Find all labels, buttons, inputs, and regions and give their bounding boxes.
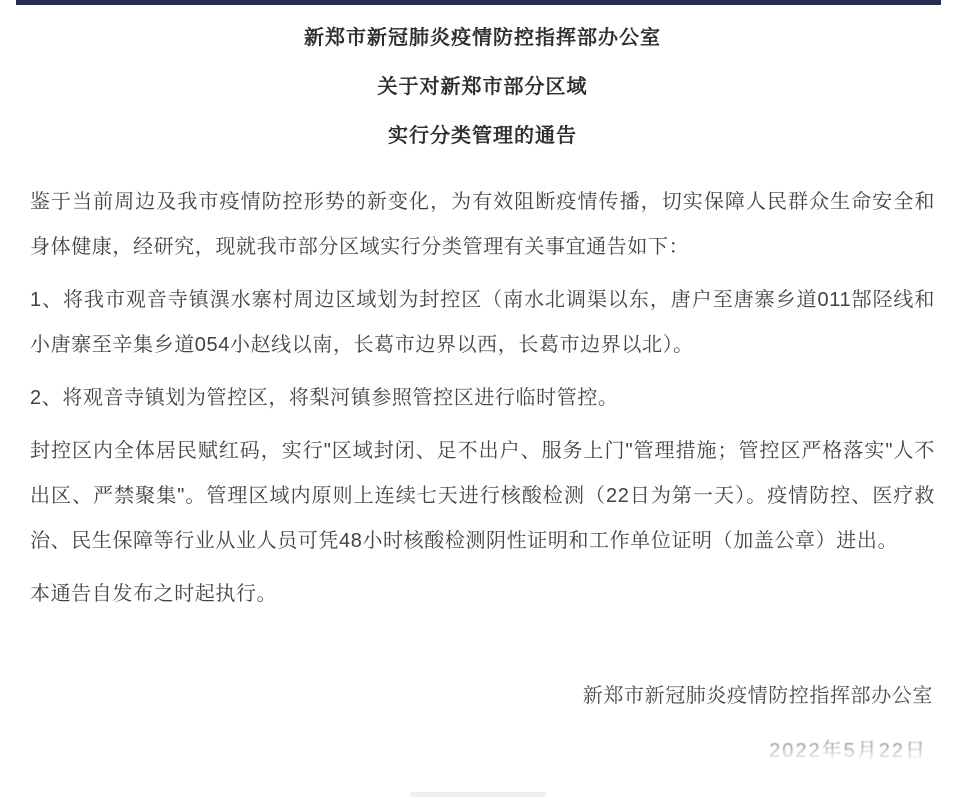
title-line-3: 实行分类管理的通告 [30, 122, 935, 150]
notice-title: 新郑市新冠肺炎疫情防控指挥部办公室 关于对新郑市部分区域 实行分类管理的通告 [30, 24, 935, 150]
title-line-2: 关于对新郑市部分区域 [30, 73, 935, 101]
top-divider-bar [16, 0, 941, 5]
paragraph-item-1: 1、将我市观音寺镇潩水寨村周边区域划为封控区（南水北调渠以东，唐户至唐寨乡道01… [30, 278, 935, 368]
signature-office: 新郑市新冠肺炎疫情防控指挥部办公室 [30, 679, 935, 708]
paragraph-effective: 本通告自发布之时起执行。 [30, 572, 935, 617]
paragraph-preamble: 鉴于当前周边及我市疫情防控形势的新变化，为有效阻断疫情传播，切实保障人民群众生命… [30, 180, 935, 270]
notice-date: 2022年5月22日 [30, 734, 935, 763]
paragraph-measures: 封控区内全体居民赋红码，实行"区域封闭、足不出户、服务上门"管理措施；管控区严格… [30, 429, 935, 564]
paragraph-item-2: 2、将观音寺镇划为管控区，将梨河镇参照管控区进行临时管控。 [30, 376, 935, 421]
bottom-scroll-indicator [410, 792, 546, 797]
notice-document: 新郑市新冠肺炎疫情防控指挥部办公室 关于对新郑市部分区域 实行分类管理的通告 鉴… [30, 24, 935, 763]
title-line-1: 新郑市新冠肺炎疫情防控指挥部办公室 [30, 24, 935, 52]
